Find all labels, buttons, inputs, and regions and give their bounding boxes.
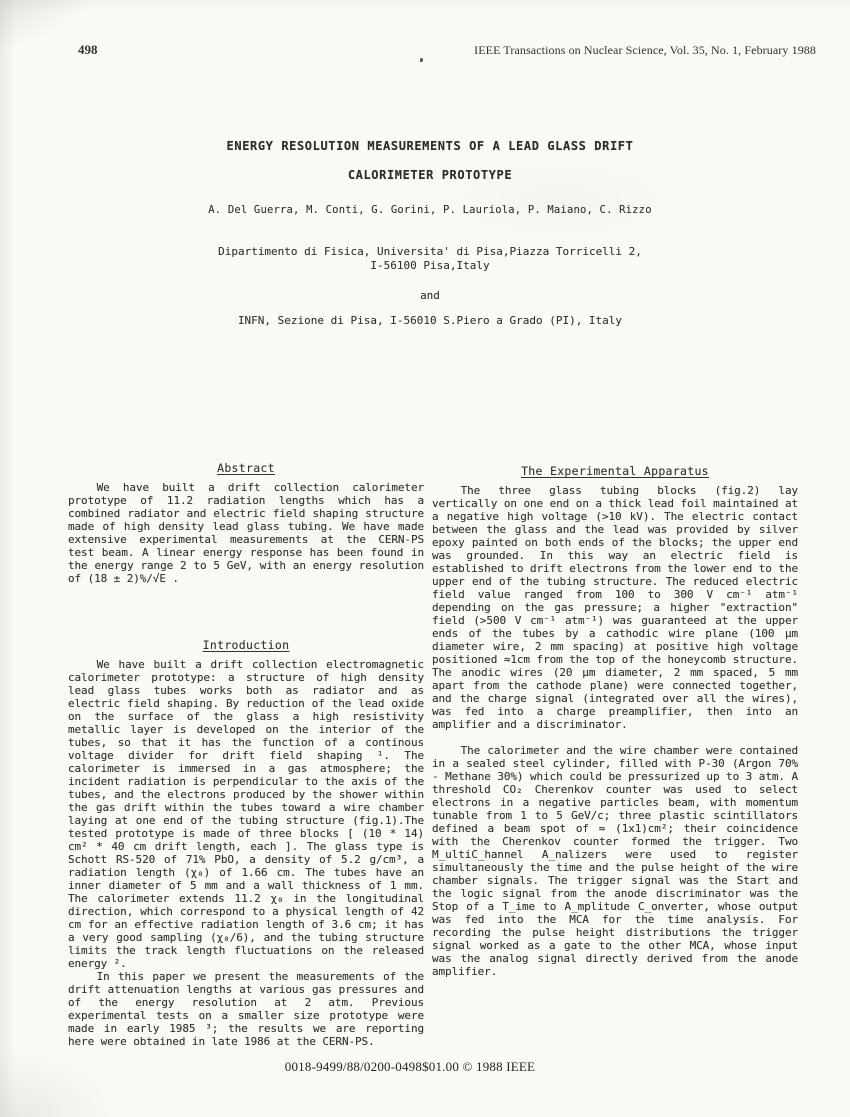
scanned-paper-page: 498 IEEE Transactions on Nuclear Science…: [0, 0, 850, 1117]
affiliation-city: I-56100 Pisa,Italy: [70, 259, 790, 273]
experimental-apparatus-heading: The Experimental Apparatus: [432, 465, 798, 478]
apparatus-paragraph-2: The calorimeter and the wire chamber wer…: [432, 744, 798, 978]
paper-title-line2: CALORIMETER PROTOTYPE: [70, 161, 790, 190]
paper-title: ENERGY RESOLUTION MEASUREMENTS OF A LEAD…: [70, 132, 790, 190]
affiliation-conjunction: and: [70, 289, 790, 303]
scan-artifact-dot: [420, 58, 423, 62]
affiliation-department: Dipartimento di Fisica, Universita' di P…: [70, 245, 790, 259]
journal-reference: IEEE Transactions on Nuclear Science, Vo…: [474, 43, 816, 58]
paper-title-line1: ENERGY RESOLUTION MEASUREMENTS OF A LEAD…: [70, 132, 790, 161]
affiliation-infn: INFN, Sezione di Pisa, I-56010 S.Piero a…: [70, 314, 790, 328]
right-column: The Experimental Apparatus The three gla…: [432, 465, 798, 978]
abstract-text: We have built a drift collection calorim…: [68, 481, 424, 585]
apparatus-paragraph-1: The three glass tubing blocks (fig.2) la…: [432, 484, 798, 731]
affiliation-block: Dipartimento di Fisica, Universita' di P…: [70, 245, 790, 328]
page-header: 498 IEEE Transactions on Nuclear Science…: [78, 42, 816, 58]
abstract-heading: Abstract: [68, 462, 424, 475]
introduction-heading: Introduction: [68, 639, 424, 652]
authors: A. Del Guerra, M. Conti, G. Gorini, P. L…: [70, 204, 790, 216]
introduction-paragraph-1: We have built a drift collection electro…: [68, 658, 424, 970]
left-column: Abstract We have built a drift collectio…: [68, 462, 424, 1048]
introduction-paragraph-2: In this paper we present the measurement…: [68, 970, 424, 1048]
page-number: 498: [78, 42, 98, 58]
footer-copyright: 0018-9499/88/0200-0498$01.00 © 1988 IEEE: [0, 1059, 820, 1075]
